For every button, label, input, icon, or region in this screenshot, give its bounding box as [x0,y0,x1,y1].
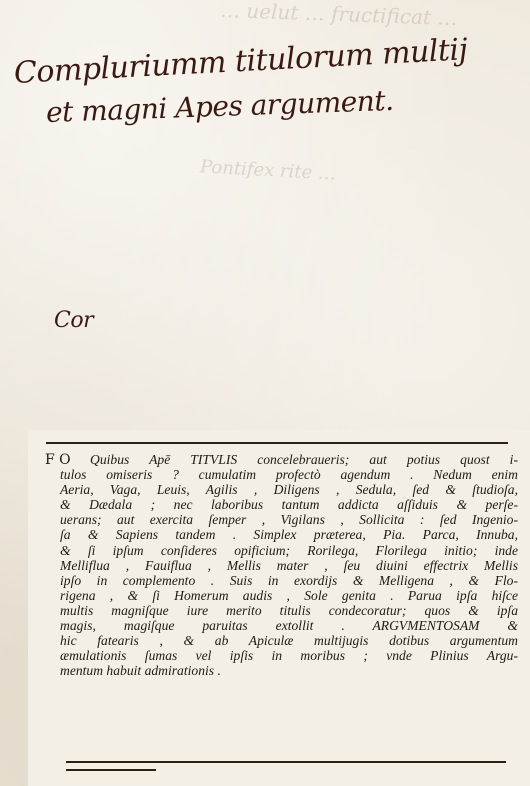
printed-line: & Dædala ; nec laboribus tantum addicta … [60,497,518,512]
handwritten-heading-line-2: et magni Apes argument. [45,84,394,129]
bleed-through-text-middle: Pontifex rite … [200,156,337,184]
printed-line: uerans; aut exercita ſemper , Vigilans ,… [60,512,518,527]
bleed-through-text-top: … uelut … fructificat … [220,0,458,30]
handwritten-mark-cor: Cor [54,308,93,333]
printed-line: tulos omiseris ? cumulatim profectò agen… [60,467,518,482]
printed-text-block: Quibus Apē TITVLIS concelebraueris; aut … [60,452,518,678]
printed-bottom-short-rule [66,769,156,771]
printed-line: ipſo in complemento . Suis in exordijs &… [60,573,518,588]
printed-line: multis magniſque iure merito titulis con… [60,603,518,618]
printed-bottom-rule [66,761,506,763]
printed-line: Aeria, Vaga, Leuis, Agilis , Diligens , … [60,482,518,497]
printed-line: & ſi ipſum conſideres opificium; Rorileg… [60,543,518,558]
printed-line: hic fatearis , & ab Apiculæ multijugis d… [60,633,518,648]
handwritten-heading-line-1: Compluriumm titulorum multij [13,32,468,91]
printed-line: magis, magiſque paruitas extollit . ARGV… [60,618,518,633]
printed-top-rule [46,442,508,444]
printed-line: Quibus Apē TITVLIS concelebraueris; aut … [60,452,518,467]
manuscript-page: … uelut … fructificat … Pontifex rite … … [0,0,530,786]
printed-line: mentum habuit admirationis . [60,663,518,678]
printed-line: æmulationis ſumas vel ipſis in moribus ;… [60,648,518,663]
printed-line: rigena , & ſi Homerum audis , Sole genit… [60,588,518,603]
printed-line: Melliflua , Fauiflua , Mellis mater , ſe… [60,558,518,573]
printed-line: ſa & Sapiens tandem . Simplex præterea, … [60,527,518,542]
